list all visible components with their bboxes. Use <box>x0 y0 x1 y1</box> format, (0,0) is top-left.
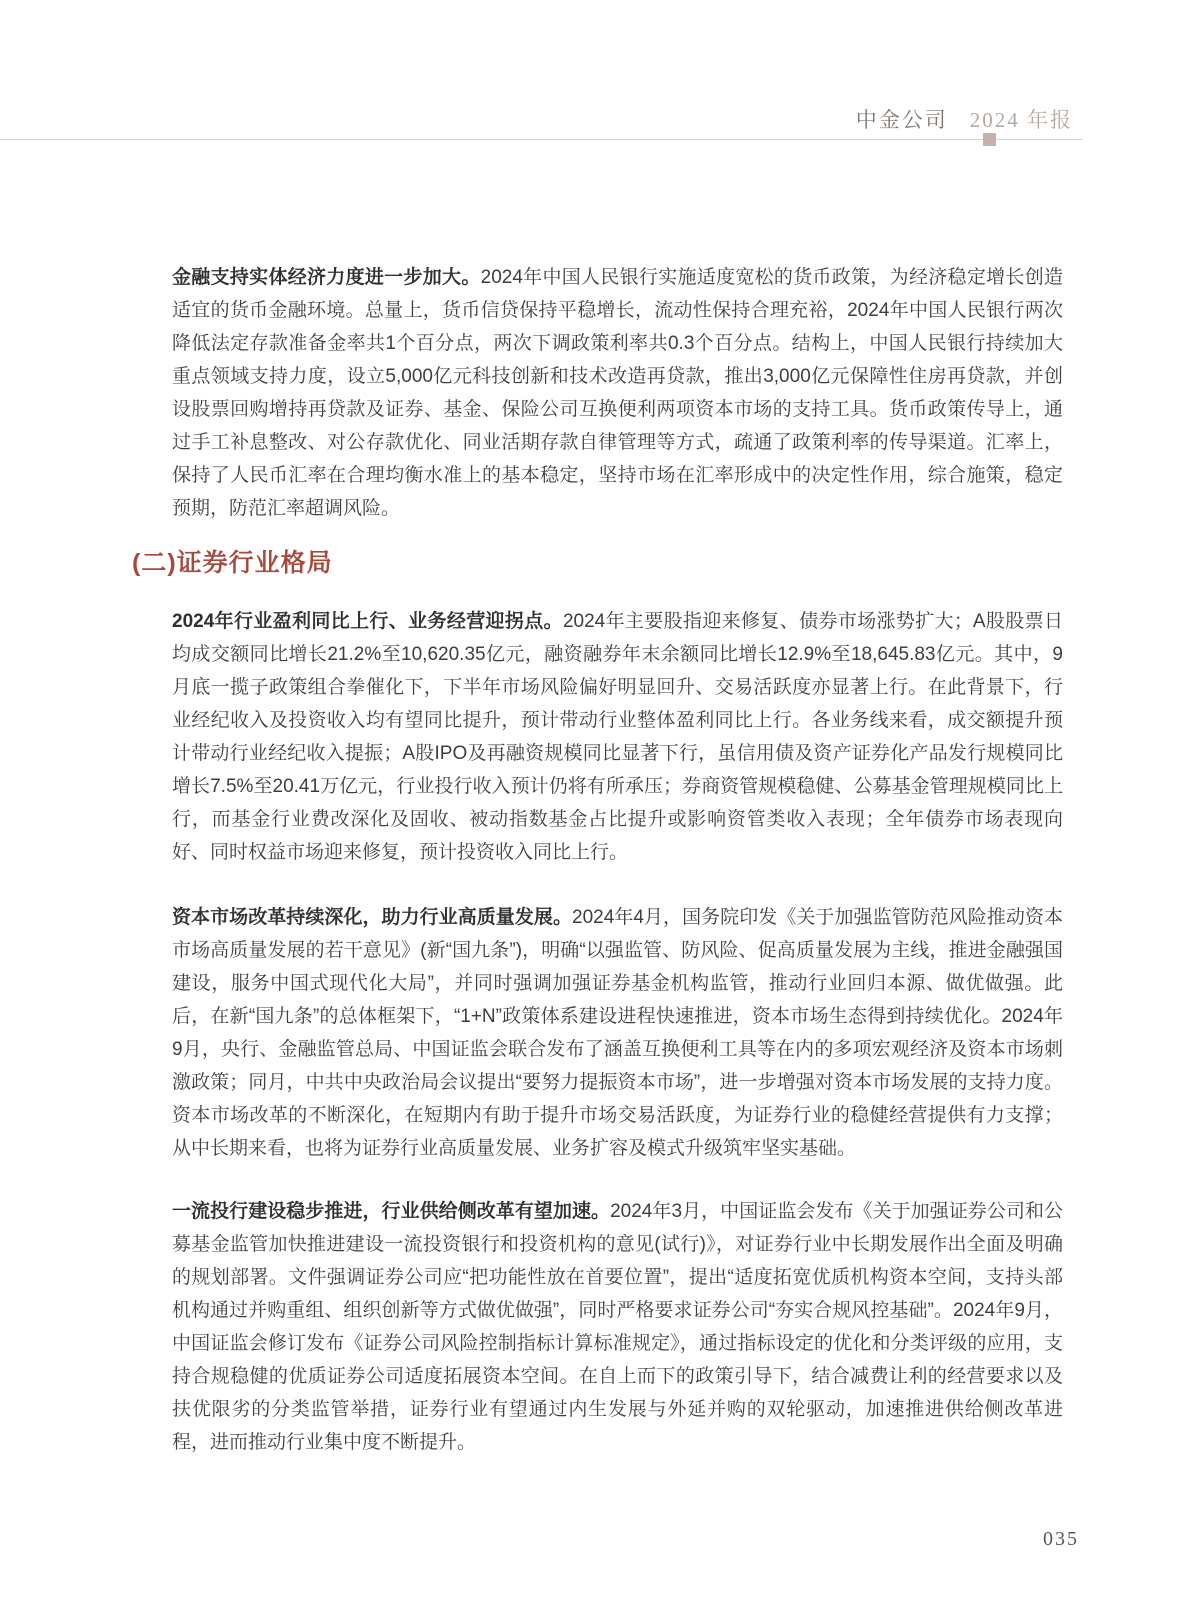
header-rule <box>0 139 1082 140</box>
section-heading-securities-industry: (二)证券行业格局 <box>132 545 1063 581</box>
paragraph-capital-market-reform: 资本市场改革持续深化，助力行业高质量发展。2024年4月，国务院印发《关于加强监… <box>172 901 1063 1165</box>
report-page: 中金公司2024 年报 金融支持实体经济力度进一步加大。2024年中国人民银行实… <box>0 0 1190 1615</box>
paragraph-text: 2024年3月，中国证监会发布《关于加强证券公司和公募基金监管加快推进建设一流投… <box>172 1201 1063 1453</box>
paragraph-text: 2024年主要股指迎来修复、债券市场涨势扩大；A股股票日均成交额同比增长21.2… <box>172 611 1063 863</box>
paragraph-lead: 资本市场改革持续深化，助力行业高质量发展。 <box>172 907 572 928</box>
paragraph-industry-profit: 2024年行业盈利同比上行、业务经营迎拐点。2024年主要股指迎来修复、债券市场… <box>172 605 1063 869</box>
paragraph-monetary-policy: 金融支持实体经济力度进一步加大。2024年中国人民银行实施适度宽松的货币政策，为… <box>172 261 1063 525</box>
header-rule-square-ornament <box>983 133 996 146</box>
page-content: 金融支持实体经济力度进一步加大。2024年中国人民银行实施适度宽松的货币政策，为… <box>172 261 1063 1459</box>
running-header: 中金公司2024 年报 <box>856 104 1073 134</box>
header-report-title: 2024 年报 <box>970 108 1073 132</box>
paragraph-lead: 2024年行业盈利同比上行、业务经营迎拐点。 <box>172 611 563 632</box>
paragraph-lead: 一流投行建设稳步推进，行业供给侧改革有望加速。 <box>172 1201 610 1222</box>
paragraph-text: 2024年4月，国务院印发《关于加强监管防范风险推动资本市场高质量发展的若干意见… <box>172 907 1063 1159</box>
header-company-name: 中金公司 <box>856 108 948 132</box>
paragraph-first-class-investment-bank: 一流投行建设稳步推进，行业供给侧改革有望加速。2024年3月，中国证监会发布《关… <box>172 1195 1063 1459</box>
page-number: 035 <box>1043 1528 1079 1551</box>
paragraph-text: 2024年中国人民银行实施适度宽松的货币政策，为经济稳定增长创造适宜的货币金融环… <box>172 267 1063 519</box>
paragraph-lead: 金融支持实体经济力度进一步加大。 <box>172 267 481 288</box>
